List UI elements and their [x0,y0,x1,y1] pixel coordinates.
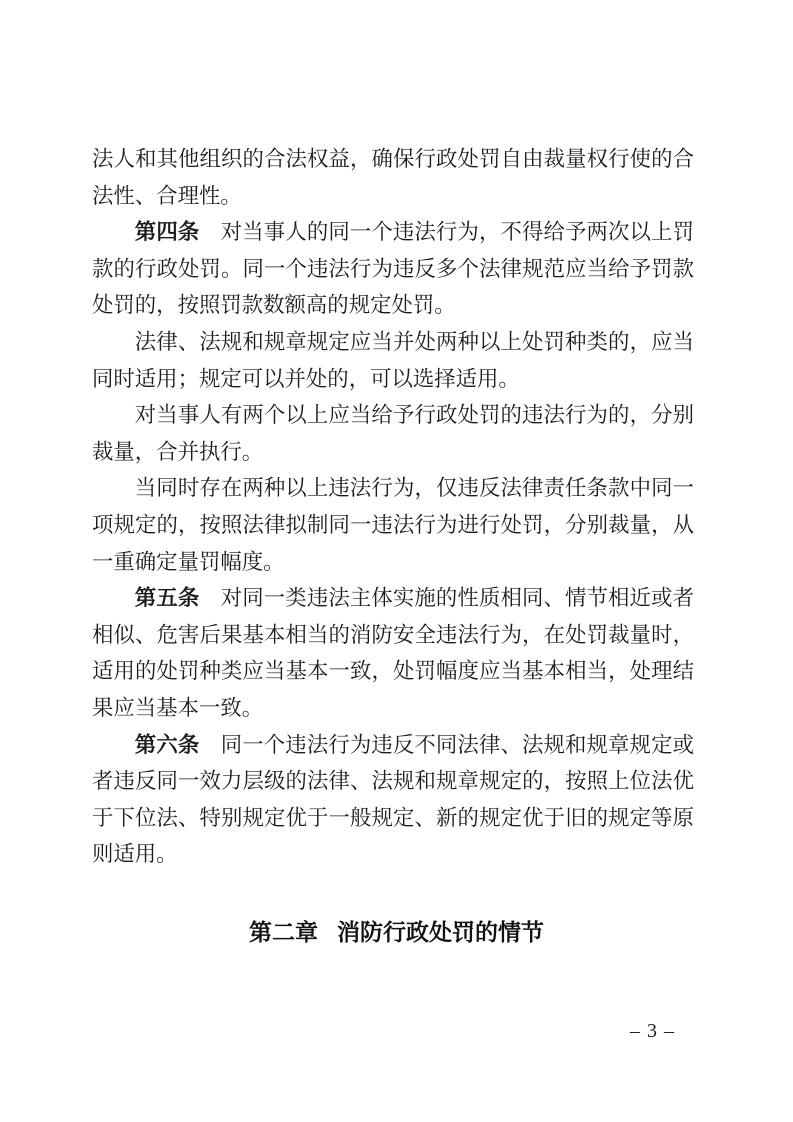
page-number: – 3 – [630,1020,675,1043]
paragraph: 第六条同一个违法行为违反不同法律、法规和规章规定或者违反同一效力层级的法律、法规… [92,727,694,873]
article-number-label: 第六条 [135,733,200,757]
paragraph: 法律、法规和规章规定应当并处两种以上处罚种类的，应当同时适用；规定可以并处的，可… [92,324,694,397]
chapter-number: 第二章 [249,919,318,945]
paragraph: 法人和其他组织的合法权益，确保行政处罚自由裁量权行使的合法性、合理性。 [92,141,694,214]
chapter-heading: 第二章 消防行政处罚的情节 [0,914,793,947]
article-number-label: 第四条 [135,220,200,244]
paragraph: 第四条对当事人的同一个违法行为，不得给予两次以上罚款的行政处罚。同一个违法行为违… [92,214,694,324]
paragraph: 第五条对同一类违法主体实施的性质相同、情节相近或者相似、危害后果基本相当的消防安… [92,580,694,726]
chapter-title: 消防行政处罚的情节 [337,919,544,945]
article-number-label: 第五条 [135,586,200,610]
paragraph: 当同时存在两种以上违法行为，仅违反法律责任条款中同一项规定的，按照法律拟制同一违… [92,470,694,580]
document-page: 法人和其他组织的合法权益，确保行政处罚自由裁量权行使的合法性、合理性。第四条对当… [0,0,793,1122]
document-body: 法人和其他组织的合法权益，确保行政处罚自由裁量权行使的合法性、合理性。第四条对当… [92,141,694,873]
paragraph: 对当事人有两个以上应当给予行政处罚的违法行为的，分别裁量，合并执行。 [92,397,694,470]
